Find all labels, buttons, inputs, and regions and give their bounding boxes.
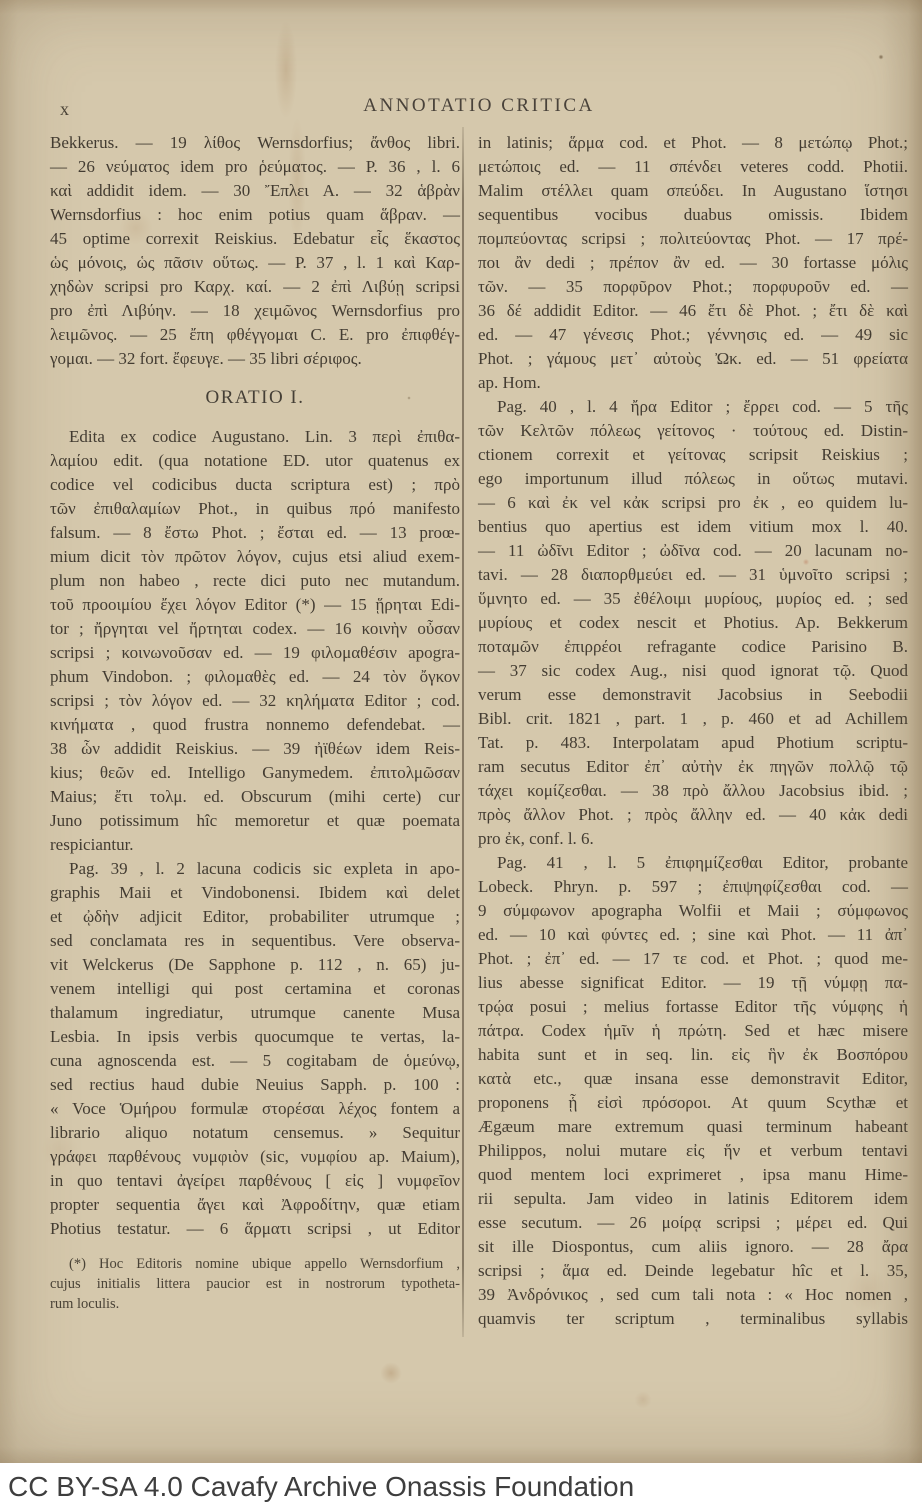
text-line: γράφει παρθένους νυμφιὸν (sic, νυμφίου a… (50, 1145, 460, 1169)
right-paragraph-pag-41: Pag. 41 , l. 5 ἐπιφημίζεσθαι Editor, pro… (478, 851, 908, 1331)
text-line: sed conclamata res in sequentibus. Vere … (50, 929, 460, 953)
text-line: ποταμῶν ἐπιρρέοι refragante codice Paris… (478, 635, 908, 659)
text-line: cuna agnoscenda est. — 5 cogitabam de ὁμ… (50, 1049, 460, 1073)
text-line: Wernsdorfius : hoc enim potius quam ἅβρα… (50, 203, 460, 227)
text-line: — 26 νεύματος idem pro ῥεύματος. — P. 36… (50, 155, 460, 179)
text-line: μετώποις ed. — 11 σπένδει veteres codd. … (478, 155, 908, 179)
text-line: ποι ἂν dedi ; πρέπον ἂν ed. — 30 fortass… (478, 251, 908, 275)
text-line: τῶν Κελτῶν πόλεως γείτονος · τούτους ed.… (478, 419, 908, 443)
text-line: tor ; ἤργηται vel ἤρτηται codex. — 16 κο… (50, 617, 460, 641)
section-heading-oratio-1: ORATIO I. (50, 386, 460, 410)
text-line: — 37 sic codex Aug., nisi quod ignorat τ… (478, 659, 908, 683)
text-line: « Voce Ὁμήρου formulæ στορέσαι λέχος fon… (50, 1097, 460, 1121)
text-line: habita sunt et in seq. lin. εἰς ἣν ἐκ Βο… (478, 1043, 908, 1067)
text-line: Tat. p. 483. Interpolatam apud Photium s… (478, 731, 908, 755)
text-line: scripsi ; ἅμα ed. Deinde legebatur hîc e… (478, 1259, 908, 1283)
left-column: Bekkerus. — 19 λίθος Wernsdorfius; ἄνθος… (50, 131, 460, 1314)
text-line: Photius testatur. — 6 ἅρματι scripsi , u… (50, 1217, 460, 1241)
text-line: Malim στέλλει quam σπεύδει. In Augustano… (478, 179, 908, 203)
text-line: τάχει κομίζεσθαι. — 38 πρὸ ἄλλου Jacobsi… (478, 779, 908, 803)
text-line: Maius; ἔτι τολμ. ed. Obscurum (mihi cert… (50, 785, 460, 809)
text-line: λειμῶνος. — 25 ἔπη φθέγγομαι C. E. pro ἐ… (50, 323, 460, 347)
text-line: graphis Maii et Vindobonensi. Ibidem καὶ… (50, 881, 460, 905)
scanned-book-page: x ANNOTATIO CRITICA Bekkerus. — 19 λίθος… (0, 0, 922, 1511)
text-line: phum Vindobon. ; φιλομαθὲς ed. — 24 τὸν … (50, 665, 460, 689)
right-paragraph-continuation: in latinis; ἅρμα cod. et Phot. — 8 μετώπ… (478, 131, 908, 395)
text-line: falsum. — 8 ἔστω Phot. ; ἔσται ed. — 13 … (50, 521, 460, 545)
text-line: τῶν ἐπιθαλαμίων Phot., in quibus πρό man… (50, 497, 460, 521)
text-line: in quo tentavi ἀγείρει παρθένους [ εἰς ]… (50, 1169, 460, 1193)
text-line: cujus initialis littera paucior est in n… (50, 1274, 460, 1294)
left-paragraph-pag-39: Pag. 39 , l. 2 lacuna codicis sic explet… (50, 857, 460, 1241)
text-line: — 11 ὠδῖνι Editor ; ὠδῖνα cod. — 20 lacu… (478, 539, 908, 563)
text-line: κινήματα , quod frustra nonnemo defendeb… (50, 713, 460, 737)
text-line: thalamum ingrediatur, utrumque canente M… (50, 1001, 460, 1025)
text-line: proponens ᾗ εἰσὶ πρόσοροι. At quum Scyth… (478, 1091, 908, 1115)
text-line: 39 Ἀνδρόνικος , sed cum tali nota : « Ho… (478, 1283, 908, 1307)
text-line: codice vel codicibus ducta scriptura est… (50, 473, 460, 497)
text-line: pro ἐπὶ Λιβύην. — 18 χειμῶνος Wernsdorfi… (50, 299, 460, 323)
text-line: rii sepulta. Jam video in latinis Editor… (478, 1187, 908, 1211)
text-line: venem intelligi qui post certamina et co… (50, 977, 460, 1001)
text-line: plum non habeo , recte dici puto nec mut… (50, 569, 460, 593)
text-line: ctionem correxit et γείτονας scripsit Re… (478, 443, 908, 467)
text-line: Phot. ; ἐπ᾽ ed. — 17 τε cod. et Phot. ; … (478, 947, 908, 971)
text-line: librario aliquo notatum censemus. » Sequ… (50, 1121, 460, 1145)
text-line: pro ἐκ, conf. l. 6. (478, 827, 908, 851)
text-line: bentius quo apertius est idem vitium mox… (478, 515, 908, 539)
text-line: κατὰ etc., quæ insana esse demonstravit … (478, 1067, 908, 1091)
text-line: Bibl. crit. 1821 , part. 1 , p. 460 et a… (478, 707, 908, 731)
text-line: lius abesse significat Editor. — 19 τῇ ν… (478, 971, 908, 995)
text-line: ego importunum illud πόλεως in οὕτως mut… (478, 467, 908, 491)
text-line: verum esse demonstravit Jacobsius in See… (478, 683, 908, 707)
text-line: — 6 καὶ ἐκ vel κἀκ scripsi pro ἐκ , eo q… (478, 491, 908, 515)
text-line: rum loculis. (50, 1294, 460, 1314)
text-line: scripsi ; τὸν λόγον ed. — 32 κηλήματα Ed… (50, 689, 460, 713)
text-line: et ᾠδὴν adjicit Editor, probabiliter utr… (50, 905, 460, 929)
text-line: Philippos, nolui mutare εἰς ἥν et verbum… (478, 1139, 908, 1163)
text-line: 9 σύμφωνον apographa Wolfii et Maii ; σύ… (478, 899, 908, 923)
left-paragraph-edita: Edita ex codice Augustano. Lin. 3 περὶ ἐ… (50, 425, 460, 857)
paper-background: x ANNOTATIO CRITICA Bekkerus. — 19 λίθος… (0, 0, 922, 1463)
text-line: propter sequentia ἄγει καὶ Ἀφροδίτην, qu… (50, 1193, 460, 1217)
text-line: sequentibus vocibus duabus omissis. Ibid… (478, 203, 908, 227)
text-line: kius; θεῶν ed. Intelligo Ganymedem. ἐπιτ… (50, 761, 460, 785)
text-line: γομαι. — 32 fort. ἔφευγε. — 35 libri σέρ… (50, 347, 460, 371)
text-line: respiciantur. (50, 833, 460, 857)
text-line: sed rectius haud dubie Neuius Sapph. p. … (50, 1073, 460, 1097)
license-text: CC BY-SA 4.0 Cavafy Archive Onassis Foun… (8, 1471, 634, 1503)
text-line: vit Welckerus (De Sapphone p. 112 , n. 6… (50, 953, 460, 977)
text-line: 36 δέ addidit Editor. — 46 ἔτι δὲ Phot. … (478, 299, 908, 323)
text-line: ed. — 10 καὶ φύντες ed. ; sine καὶ Phot.… (478, 923, 908, 947)
text-line: πομπεύοντας scripsi ; πολιτεύοντας Phot.… (478, 227, 908, 251)
right-column: in latinis; ἅρμα cod. et Phot. — 8 μετώπ… (478, 131, 908, 1331)
text-line: ὡς μόνοις, ὡς πᾶσιν οὕτως. — P. 37 , l. … (50, 251, 460, 275)
text-line: Lobeck. Phryn. p. 597 ; ἐπιψηφίζεσθαι co… (478, 875, 908, 899)
license-bar: CC BY-SA 4.0 Cavafy Archive Onassis Foun… (0, 1463, 922, 1511)
text-line: μυρίους et codex nescit et Photius. Ap. … (478, 611, 908, 635)
text-line: Juno potissimum hîc memoretur et quæ poe… (50, 809, 460, 833)
right-paragraph-pag-40: Pag. 40 , l. 4 ἤρα Editor ; ἔρρει cod. —… (478, 395, 908, 851)
text-line: 45 optime correxit Reiskius. Edebatur εἷ… (50, 227, 460, 251)
text-line: τῶν. — 35 πορφῦρον Phot.; πορφυροῦν ed. … (478, 275, 908, 299)
text-line: Pag. 40 , l. 4 ἤρα Editor ; ἔρρει cod. —… (478, 395, 908, 419)
text-line: Pag. 41 , l. 5 ἐπιφημίζεσθαι Editor, pro… (478, 851, 908, 875)
text-line: Phot. ; γάμους μετ᾽ αὐτοὺς Ὠκ. ed. — 51 … (478, 347, 908, 371)
text-line: Ægæum mare extremum quasi terminum habea… (478, 1115, 908, 1139)
text-line: ram secutus Editor ἐπ᾽ αὐτὴν ἐκ πηγῶν πο… (478, 755, 908, 779)
text-line: Lesbia. In ipsis verbis quocumque te ver… (50, 1025, 460, 1049)
text-line: quod mentem loci exprimeret , ipsa manu … (478, 1163, 908, 1187)
text-line: τοῦ προοιμίου ἔχει λόγον Editor (*) — 15… (50, 593, 460, 617)
text-line: πάτρα. Codex ἡμῖν ἡ πρώτη. Sed et hæc mi… (478, 1019, 908, 1043)
text-line: καὶ addidit idem. — 30 Ἔπλει Α. — 32 ἁβρ… (50, 179, 460, 203)
running-title: ANNOTATIO CRITICA (50, 95, 908, 117)
text-line: in latinis; ἅρμα cod. et Phot. — 8 μετώπ… (478, 131, 908, 155)
text-line: mium dicit τὸν πρῶτον λόγον, cujus etsi … (50, 545, 460, 569)
text-line: Pag. 39 , l. 2 lacuna codicis sic explet… (50, 857, 460, 881)
text-line: ap. Hom. (478, 371, 908, 395)
text-line: τρῴα posui ; melius fortasse Editor τῆς … (478, 995, 908, 1019)
text-line: tavi. — 28 διαπορθμεύει ed. — 31 ὑμνοῖτο… (478, 563, 908, 587)
text-line: Bekkerus. — 19 λίθος Wernsdorfius; ἄνθος… (50, 131, 460, 155)
editor-footnote: (*) Hoc Editoris nomine ubique appello W… (50, 1254, 460, 1314)
text-line: ὕμνητο ed. — 35 ἐθέλοιμι μυρίους, μυρίος… (478, 587, 908, 611)
text-line: scripsi ; κοινωνοῦσαν ed. — 19 φιλομαθέσ… (50, 641, 460, 665)
left-paragraph-continuation: Bekkerus. — 19 λίθος Wernsdorfius; ἄνθος… (50, 131, 460, 371)
text-line: (*) Hoc Editoris nomine ubique appello W… (50, 1254, 460, 1274)
text-line: χηδὼν scripsi pro Καρχ. καί. — 2 ἐπὶ Λιβ… (50, 275, 460, 299)
column-divider-rule (462, 127, 464, 1337)
text-line: sit ille Diospontus, cum aliis ignoro. —… (478, 1235, 908, 1259)
text-line: πρὸς ἄλλον Phot. ; πρὸς ἄλλην ed. — 40 κ… (478, 803, 908, 827)
text-line: quamvis ter scriptum , terminalibus syll… (478, 1307, 908, 1331)
text-line: 38 ὧν addidit Reiskius. — 39 ἠϊθέων idem… (50, 737, 460, 761)
text-line: ed. — 47 γένεσις Phot.; γέννησις ed. — 4… (478, 323, 908, 347)
text-line: esse secutum. — 26 μοίρᾳ scripsi ; μέρει… (478, 1211, 908, 1235)
text-line: λαμίου edit. (qua notatione ED. utor qua… (50, 449, 460, 473)
text-line: Edita ex codice Augustano. Lin. 3 περὶ ἐ… (50, 425, 460, 449)
